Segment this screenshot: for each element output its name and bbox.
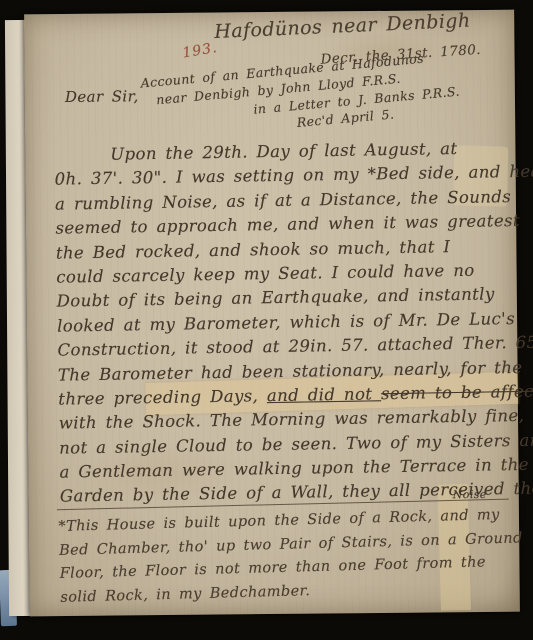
body-line-segment: three preceding Days, xyxy=(58,386,267,408)
underlined-words: and did not xyxy=(267,384,381,405)
struck-words: seem to be affected xyxy=(381,381,533,403)
salutation: Dear Sir, xyxy=(65,87,139,106)
letter-body: Upon the 29th. Day of last August, at 0h… xyxy=(54,136,512,509)
footnote: *This House is built upon the Side of a … xyxy=(58,504,500,610)
manuscript-page: Hafodünos near Denbigh 193. Decr. the 31… xyxy=(24,10,520,617)
folio-number: 193. xyxy=(181,40,218,62)
